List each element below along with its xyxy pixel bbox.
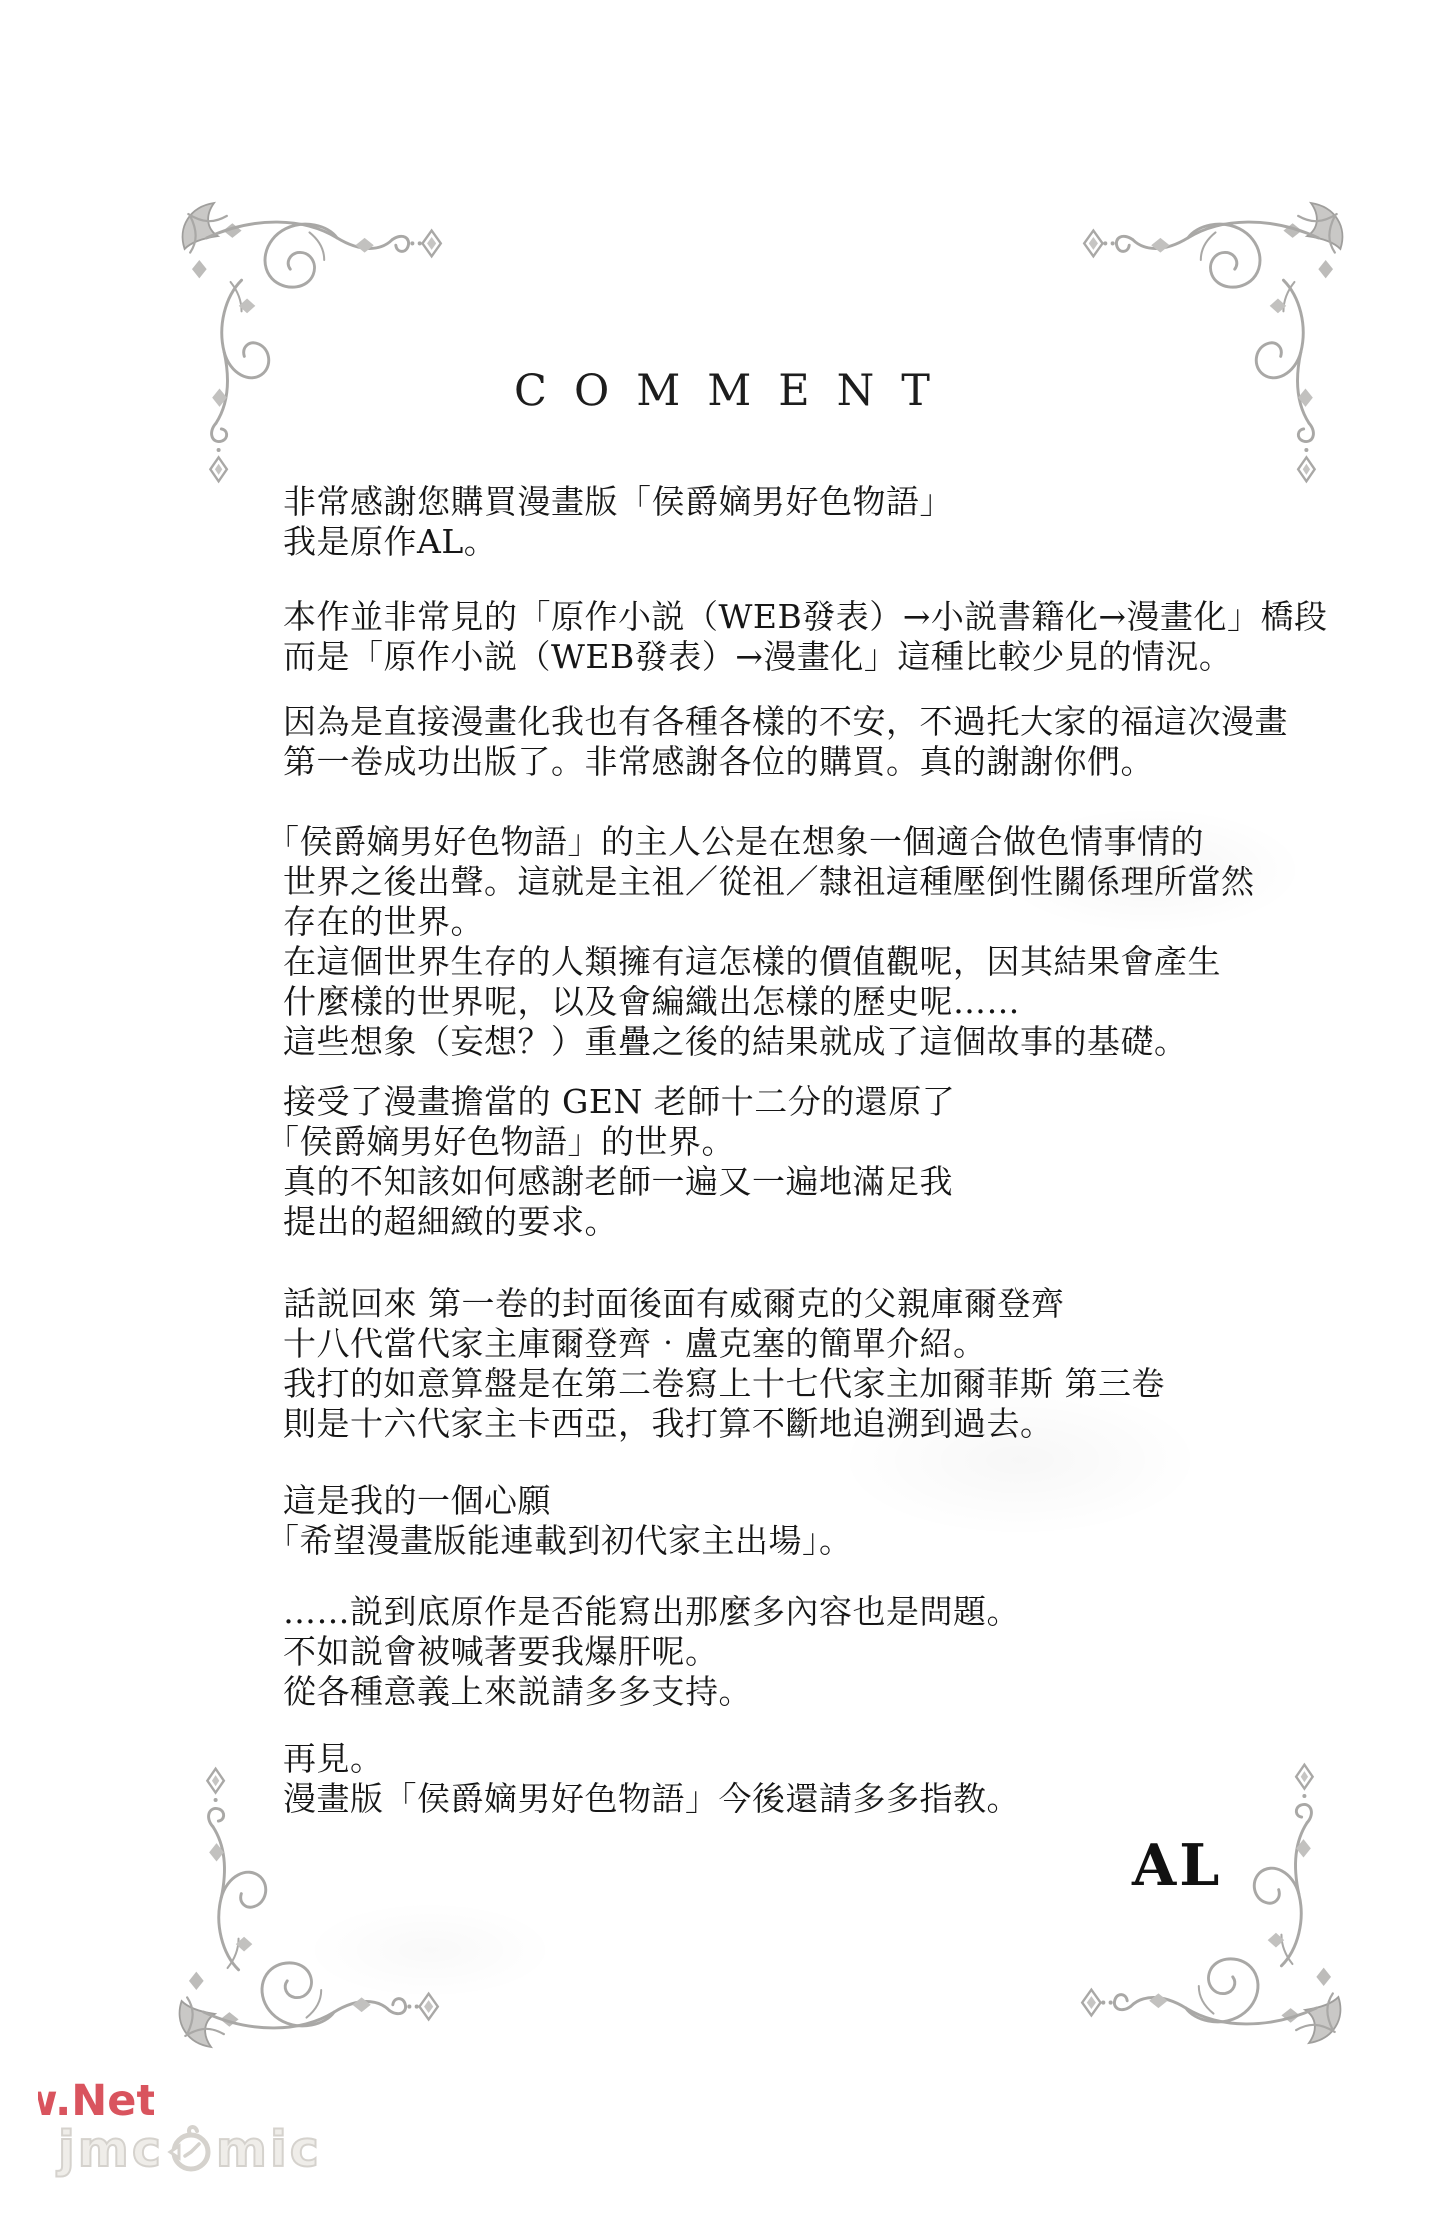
text-line: 「侯爵嫡男好色物語」的主人公是在想象一個適合做色情事情的 [283, 822, 1433, 862]
text-line: 存在的世界。 [283, 902, 1433, 942]
chick-clock-icon [165, 2124, 215, 2174]
comment-page: COMMENT 非常感謝您購買漫畫版「侯爵嫡男好色物語」 我是原作AL。 本作並… [0, 0, 1444, 2240]
paragraph-thanks: 非常感謝您購買漫畫版「侯爵嫡男好色物語」 我是原作AL。 [283, 482, 1433, 562]
text-line: 這是我的一個心願 [283, 1481, 1433, 1521]
paragraph-worldbuilding: 「侯爵嫡男好色物語」的主人公是在想象一個適合做色情事情的 世界之後出聲。這就是主… [283, 822, 1433, 1062]
text-line: 因為是直接漫畫化我也有各種各樣的不安，不過托大家的福這次漫畫 [283, 702, 1433, 742]
text-line: 接受了漫畫擔當的 GEN 老師十二分的還原了 [283, 1082, 1433, 1122]
text-line: 世界之後出聲。這就是主祖／從祖／隸祖這種壓倒性關係理所當然 [283, 862, 1433, 902]
corner-flourish-top-right-icon [1080, 192, 1362, 484]
text-line: 「希望漫畫版能連載到初代家主出場」。 [283, 1521, 1433, 1561]
watermark-brand-left: jmc [58, 2121, 164, 2178]
paragraph-publication: 因為是直接漫畫化我也有各種各樣的不安，不過托大家的福這次漫畫 第一卷成功出版了。… [283, 702, 1433, 782]
text-line: 不如説會被喊著要我爆肝呢。 [283, 1632, 1433, 1672]
watermark-brand: jmc mic [58, 2120, 322, 2178]
text-line: 非常感謝您購買漫畫版「侯爵嫡男好色物語」 [283, 482, 1433, 522]
text-line: 再見。 [283, 1739, 1433, 1779]
text-line: 「侯爵嫡男好色物語」的世界。 [283, 1122, 1433, 1162]
text-line: 我打的如意算盤是在第二卷寫上十七代家主加爾菲斯 第三卷 [283, 1364, 1433, 1404]
text-line: 則是十六代家主卡西亞，我打算不斷地追溯到過去。 [283, 1404, 1433, 1444]
watermark-brand-right: mic [216, 2121, 322, 2178]
paragraph-concerns: ……説到底原作是否能寫出那麼多內容也是問題。 不如説會被喊著要我爆肝呢。 從各種… [283, 1592, 1433, 1712]
text-line: 真的不知該如何感謝老師一遍又一遍地滿足我 [283, 1162, 1433, 1202]
text-line: 這些想象（妄想？）重疊之後的結果就成了這個故事的基礎。 [283, 1022, 1433, 1062]
author-signature: AL [1132, 1832, 1222, 1899]
text-line: 而是「原作小説（WEB發表）→漫畫化」這種比較少見的情況。 [283, 637, 1433, 677]
watermark-site-text: w.Net [38, 2076, 154, 2126]
corner-flourish-top-left-icon [163, 192, 445, 484]
paragraph-volume-plans: 話説回來 第一卷的封面後面有威爾克的父親庫爾登齊 十八代當代家主庫爾登齊‧盧克塞… [283, 1284, 1433, 1444]
text-line: ……説到底原作是否能寫出那麼多內容也是問題。 [283, 1592, 1433, 1632]
paragraph-farewell: 再見。 漫畫版「侯爵嫡男好色物語」今後還請多多指教。 [283, 1739, 1433, 1819]
text-line: 本作並非常見的「原作小説（WEB發表）→小説書籍化→漫畫化」橋段 [283, 597, 1433, 637]
text-line: 什麼樣的世界呢，以及會編織出怎樣的歷史呢…… [283, 982, 1433, 1022]
paragraph-artist-thanks: 接受了漫畫擔當的 GEN 老師十二分的還原了 「侯爵嫡男好色物語」的世界。 真的… [283, 1082, 1433, 1242]
text-line: 漫畫版「侯爵嫡男好色物語」今後還請多多指教。 [283, 1779, 1433, 1819]
paragraph-wish: 這是我的一個心願 「希望漫畫版能連載到初代家主出場」。 [283, 1481, 1433, 1561]
page-title: COMMENT [0, 366, 1444, 416]
text-line: 十八代當代家主庫爾登齊‧盧克塞的簡單介紹。 [283, 1324, 1433, 1364]
text-line: 在這個世界生存的人類擁有這怎樣的價值觀呢，因其結果會產生 [283, 942, 1433, 982]
paragraph-adaptation: 本作並非常見的「原作小説（WEB發表）→小説書籍化→漫畫化」橋段 而是「原作小説… [283, 597, 1433, 677]
text-line: 話説回來 第一卷的封面後面有威爾克的父親庫爾登齊 [283, 1284, 1433, 1324]
text-line: 我是原作AL。 [283, 522, 1433, 562]
text-line: 提出的超細緻的要求。 [283, 1202, 1433, 1242]
text-line: 第一卷成功出版了。非常感謝各位的購買。真的謝謝你們。 [283, 742, 1433, 782]
text-line: 從各種意義上來説請多多支持。 [283, 1672, 1433, 1712]
